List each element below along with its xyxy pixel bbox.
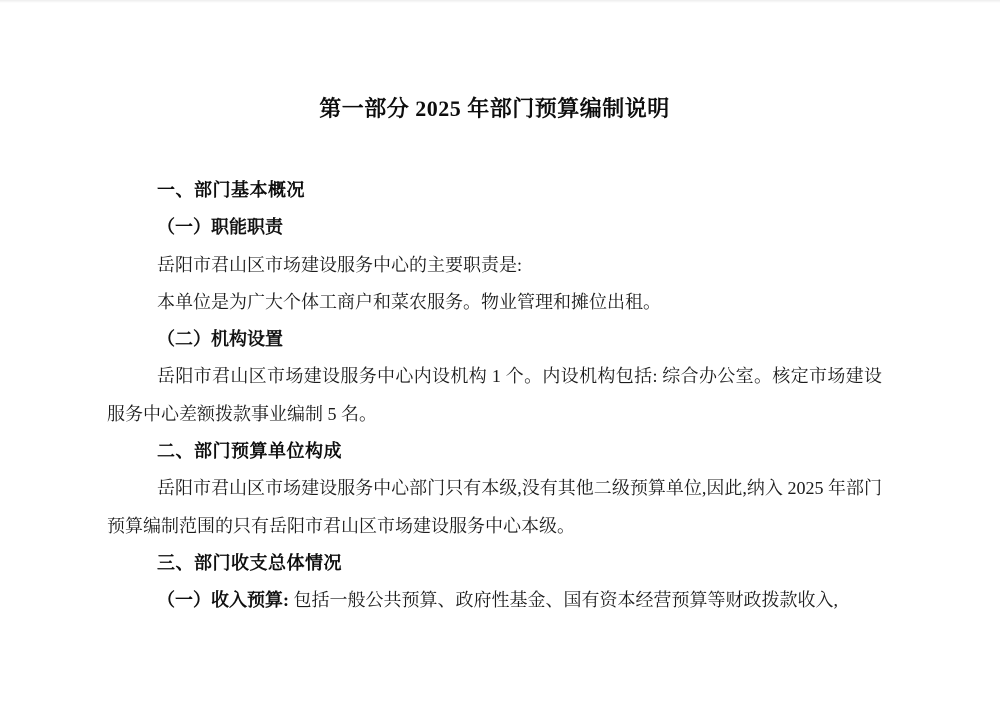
document-page: 第一部分 2025 年部门预算编制说明 一、部门基本概况 （一）职能职责 岳阳市…: [0, 93, 1000, 620]
subsection-heading-1-2: （二）机构设置: [107, 321, 882, 358]
paragraph-income-budget: （一）收入预算: 包括一般公共预算、政府性基金、国有资本经营预算等财政拨款收入,: [107, 582, 882, 619]
section-heading-2: 二、部门预算单位构成: [107, 433, 882, 470]
section-heading-3: 三、部门收支总体情况: [107, 545, 882, 582]
paragraph-budget-units: 岳阳市君山区市场建设服务中心部门只有本级,没有其他二级预算单位,因此,纳入 20…: [107, 470, 882, 545]
paragraph-income-budget-lead: （一）收入预算:: [157, 590, 289, 610]
paragraph-income-budget-text: 包括一般公共预算、政府性基金、国有资本经营预算等财政拨款收入,: [294, 590, 839, 610]
paragraph-duties-detail: 本单位是为广大个体工商户和菜农服务。物业管理和摊位出租。: [107, 284, 882, 321]
paragraph-organization: 岳阳市君山区市场建设服务中心内设机构 1 个。内设机构包括: 综合办公室。核定市…: [107, 358, 882, 433]
document-title: 第一部分 2025 年部门预算编制说明: [107, 93, 882, 125]
page-top-edge: [0, 0, 1000, 3]
paragraph-duties-intro: 岳阳市君山区市场建设服务中心的主要职责是:: [107, 247, 882, 284]
document-body: 一、部门基本概况 （一）职能职责 岳阳市君山区市场建设服务中心的主要职责是: 本…: [107, 172, 882, 620]
subsection-heading-1-1: （一）职能职责: [107, 209, 882, 246]
section-heading-1: 一、部门基本概况: [107, 172, 882, 209]
